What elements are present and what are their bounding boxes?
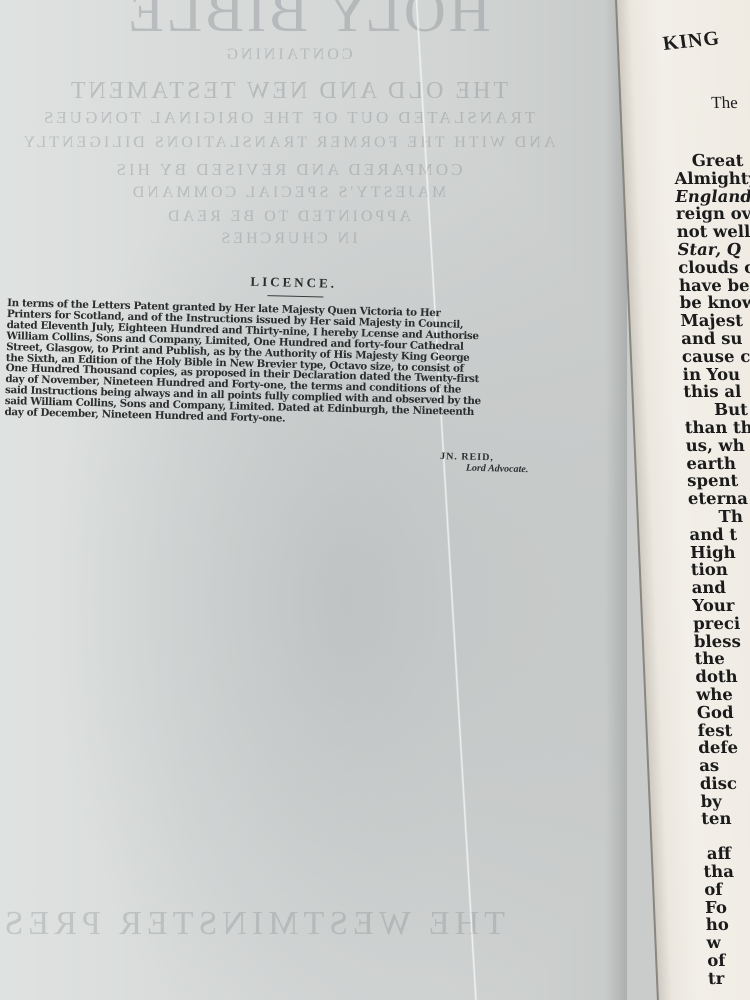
text-line: fest	[697, 722, 750, 740]
text-line: of	[704, 881, 750, 899]
text-line: and su	[681, 330, 750, 348]
text-line: us, wh	[685, 437, 750, 455]
show-through-line: THE OLD AND NEW TESTAMENT	[0, 78, 588, 105]
show-through-line: COMPARED AND REVISED BY HIS	[0, 160, 588, 180]
show-through-line: MAJESTY'S SPECIAL COMMAND	[0, 184, 588, 202]
signatory-title: Lord Advocate.	[432, 462, 529, 475]
text-line: of	[707, 952, 750, 970]
show-through-title-page: HOLY BIBLE CONTAINING THE OLD AND NEW TE…	[0, 0, 628, 260]
right-page-heading: KING	[661, 27, 721, 56]
text-line: earth	[686, 455, 750, 473]
text-line: than th	[685, 419, 750, 437]
show-through-title: HOLY BIBLE	[8, 0, 608, 45]
text-line: bless	[694, 633, 750, 651]
text-line: be know	[679, 294, 750, 312]
text-line: tha	[703, 863, 750, 881]
text-line: High	[690, 544, 750, 562]
licence-block: LICENCE. In terms of the Letters Patent …	[4, 268, 559, 431]
text-line: eterna	[688, 490, 750, 508]
licence-text: In terms of the Letters Patent granted b…	[4, 298, 559, 431]
text-line: have be	[679, 277, 750, 295]
text-line: ten	[701, 810, 750, 828]
signature-block: JN. REID, Lord Advocate.	[432, 451, 529, 475]
text-line: tion	[691, 561, 750, 579]
text-line: whe	[696, 686, 750, 704]
show-through-publisher: THE WESTMINSTER PRESS	[25, 905, 505, 943]
left-page: HOLY BIBLE CONTAINING THE OLD AND NEW TE…	[0, 0, 628, 1000]
right-page: KING The Great Almighty England reign ov…	[615, 0, 750, 1000]
text-line: aff	[702, 845, 750, 863]
text-line: England	[675, 188, 750, 206]
text-line: not well	[676, 223, 750, 241]
text-line: preci	[693, 615, 750, 633]
text-line: this al	[683, 383, 750, 401]
text-line: clouds c	[678, 259, 750, 277]
text-line: the	[694, 650, 750, 668]
text-line: Star, Q	[677, 241, 750, 259]
show-through-line: AND WITH THE FORMER TRANSLATIONS DILIGEN…	[0, 134, 588, 152]
text-line: spent	[687, 472, 750, 490]
text-line: reign ov	[676, 205, 750, 223]
text-line: ho	[705, 916, 750, 934]
paragraph-gap	[702, 828, 750, 845]
text-line: Almighty	[674, 170, 750, 188]
licence-title: LICENCE.	[8, 268, 560, 297]
text-line: Great	[673, 152, 750, 170]
text-line: defe	[698, 739, 750, 757]
text-line: in You	[682, 366, 750, 384]
text-line: tr	[708, 970, 750, 988]
text-line: Your	[692, 597, 750, 615]
text-line: and t	[689, 526, 750, 544]
text-line: w	[706, 934, 750, 952]
text-line: as	[699, 757, 750, 775]
right-page-text-column: Great Almighty England reign ov not well…	[673, 152, 750, 988]
text-line: Fo	[705, 899, 750, 917]
text-line: Th	[688, 508, 750, 526]
show-through-line: APPOINTED TO BE READ	[0, 208, 588, 226]
text-line: by	[700, 793, 750, 811]
text-line: doth	[695, 668, 750, 686]
show-through-line: CONTAINING	[0, 46, 588, 64]
signatory-name: JN. REID,	[432, 451, 494, 463]
text-line: and	[691, 579, 750, 597]
text-line: cause c	[682, 348, 750, 366]
show-through-line: TRANSLATED OUT OF THE ORIGINAL TONGUES	[0, 108, 588, 128]
text-line: God	[696, 704, 750, 722]
text-line: But	[684, 401, 750, 419]
right-page-subheading: The	[711, 93, 738, 113]
text-line: disc	[699, 775, 750, 793]
show-through-line: IN CHURCHES	[0, 230, 588, 248]
title-rule-divider	[267, 295, 323, 297]
text-line: Majest	[680, 312, 750, 330]
